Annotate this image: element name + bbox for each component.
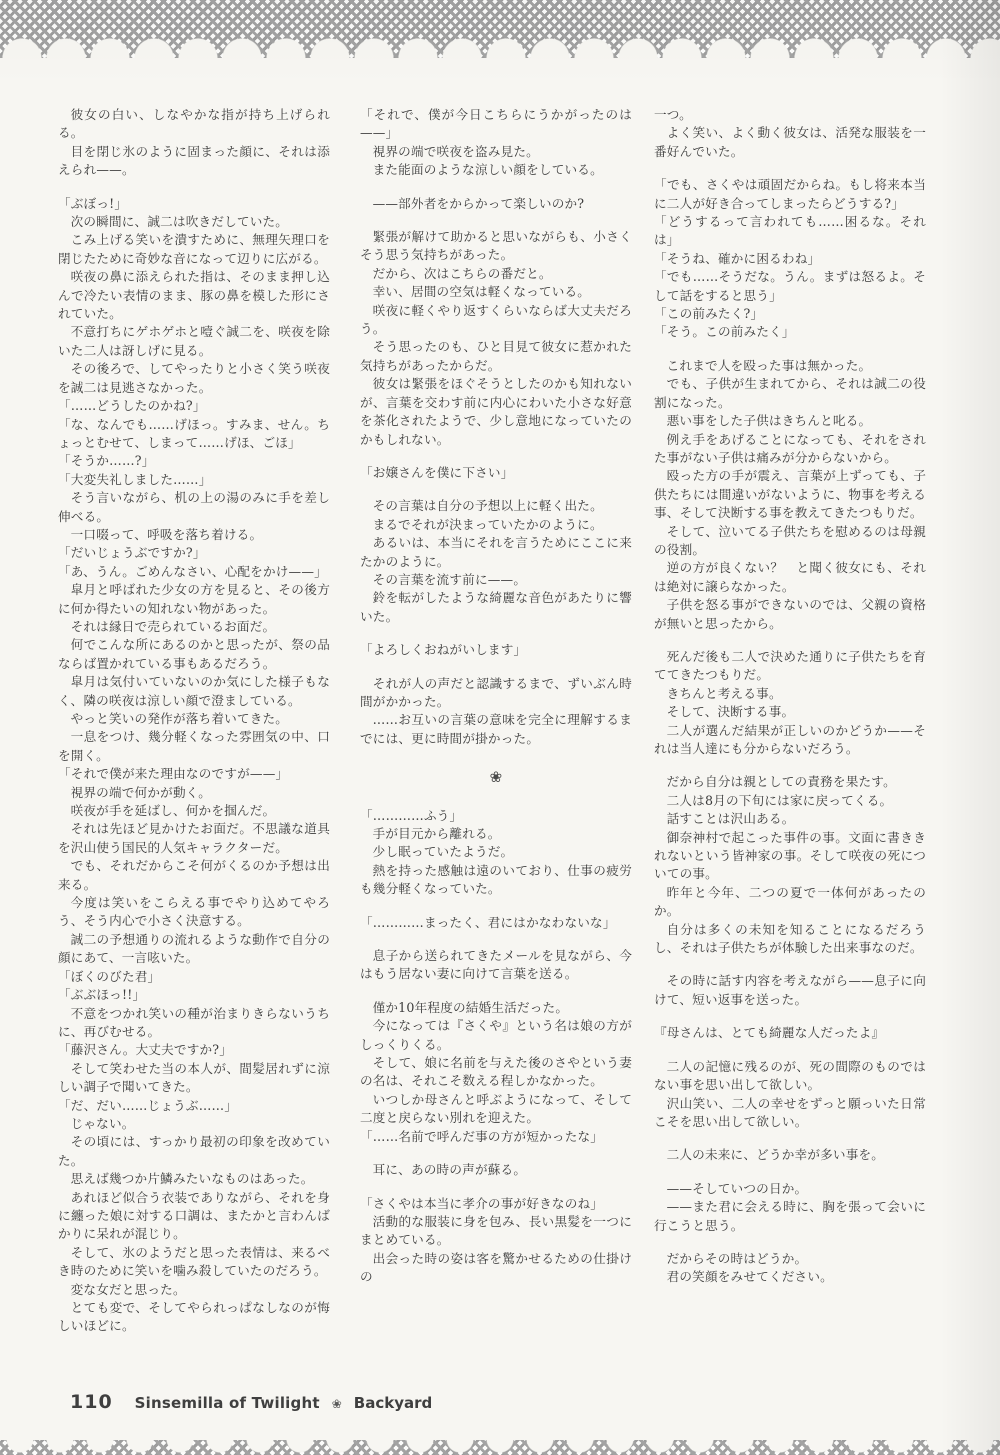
bottom-lace-border — [0, 1440, 1000, 1455]
paragraph: 活動的な服装に身を包み、長い黒髪を一つにまとめている。 — [360, 1213, 632, 1250]
paragraph: 「だいじょうぶですか?」 — [58, 544, 330, 562]
paragraph: だから自分は親としての責務を果たす。 — [654, 773, 926, 791]
paragraph: 「ぶぼっ!」 — [58, 195, 330, 213]
paragraph: 「さくやは本当に孝介の事が好きなのね」 — [360, 1195, 632, 1213]
paragraph: 視界の端で何かが動く。 — [58, 784, 330, 802]
paragraph: 「ぶぶほっ!!」 — [58, 986, 330, 1004]
paragraph: でも、それだからこそ何がくるのか予想は出来る。 — [58, 857, 330, 894]
paragraph: 二人は8月の下旬には家に戻ってくる。 — [654, 792, 926, 810]
footer-book-title: Sinsemilla of Twilight — [135, 1394, 320, 1412]
paragraph: 思えば幾つか片鱗みたいなものはあった。 — [58, 1170, 330, 1188]
paragraph: 「でも、さくやは頑固だからね。もし将来本当に二人が好き合ってしまったらどうする?… — [654, 176, 926, 213]
paragraph: その頃には、すっかり最初の印象を改めていた。 — [58, 1133, 330, 1170]
paragraph: 「…………ふう」 — [360, 807, 632, 825]
paragraph: 逆の方が良くない？ と聞く彼女にも、それは絶対に譲らなかった。 — [654, 559, 926, 596]
paragraph: 咲夜が手を延ばし、何かを掴んだ。 — [58, 802, 330, 820]
paragraph: 幸い、居間の空気は軽くなっている。 — [360, 283, 632, 301]
paragraph: あれほど似合う衣装でありながら、それを身に纏った娘に対する口調は、またかと言わん… — [58, 1189, 330, 1244]
paragraph: でも、子供が生まれてから、それは誠二の役割になった。 — [654, 375, 926, 412]
paragraph: 二人の未来に、どうか幸が多い事を。 — [654, 1146, 926, 1164]
paragraph: 一口啜って、呼吸を落ち着ける。 — [58, 526, 330, 544]
paragraph: 「よろしくおねがいします」 — [360, 641, 632, 659]
paragraph: そして、娘に名前を与えた後のさやという妻の名は、それこそ数える程しかなかった。 — [360, 1054, 632, 1091]
paragraph: 少し眠っていたようだ。 — [360, 843, 632, 861]
paragraph: 話すことは沢山ある。 — [654, 810, 926, 828]
paragraph: 緊張が解けて助かると思いながらも、小さくそう思う気持ちがあった。 — [360, 228, 632, 265]
paragraph: その言葉を流す前に——。 — [360, 571, 632, 589]
paragraph: 咲夜の鼻に添えられた指は、そのまま押し込んで冷たい表情のまま、豚の鼻を模した形に… — [58, 268, 330, 323]
paragraph: 御奈神村で起こった事件の事。文面に書ききれないという皆神家の事。そして咲夜の死に… — [654, 829, 926, 884]
paragraph: 二人の記憶に残るのが、死の間際のものではない事を思い出して欲しい。 — [654, 1058, 926, 1095]
paragraph: 自分は多くの未知を知ることになるだろうし、それは子供たちが体験した出来事なのだ。 — [654, 921, 926, 958]
paragraph: 例え手をあげることになっても、それをされた事がない子供は痛みが分からないから。 — [654, 431, 926, 468]
paragraph: 次の瞬間に、誠二は吹きだしていた。 — [58, 213, 330, 231]
paragraph: 「でも……そうだな。うん。まずは怒るよ。そして話をすると思う」 — [654, 268, 926, 305]
paragraph: ——部外者をからかって楽しいのか? — [360, 195, 632, 213]
page-number: 110 — [70, 1391, 113, 1413]
paragraph: ……お互いの言葉の意味を完全に理解するまでには、更に時間が掛かった。 — [360, 711, 632, 748]
footer-flower-ornament-icon: ❀ — [332, 1397, 342, 1411]
text-column-right: 一つ。よく笑い、よく動く彼女は、活発な服装を一番好んでいた。「でも、さくやは頑固… — [654, 106, 926, 1378]
paragraph: 出会った時の姿は客を驚かせるための仕掛けの — [360, 1250, 632, 1287]
footer-section-title: Backyard — [354, 1394, 432, 1412]
paragraph: 今度は笑いをこらえる事でやり込めてやろう、そう内心で小さく決意する。 — [58, 894, 330, 931]
paragraph: 「あ、うん。ごめんなさい、心配をかけ——」 — [58, 563, 330, 581]
paragraph: 「……どうしたのかね?」 — [58, 397, 330, 415]
paragraph: 「ぼくのびた君」 — [58, 968, 330, 986]
paragraph: あるいは、本当にそれを言うためにここに来たかのように。 — [360, 534, 632, 571]
paragraph: 今になっては『さくや』という名は娘の方がしっくりくる。 — [360, 1017, 632, 1054]
paragraph: これまで人を殴った事は無かった。 — [654, 357, 926, 375]
paragraph: 鈴を転がしたような綺麗な音色があたりに響いた。 — [360, 589, 632, 626]
paragraph: 子供を怒る事ができないのでは、父親の資格が無いと思ったから。 — [654, 596, 926, 633]
paragraph: そう思ったのも、ひと目見て彼女に惹かれた気持ちがあったからだ。 — [360, 338, 632, 375]
paragraph: 昨年と今年、二つの夏で一体何があったのか。 — [654, 884, 926, 921]
paragraph: 悪い事をした子供はきちんと叱る。 — [654, 412, 926, 430]
paragraph: 「そうか……?」 — [58, 452, 330, 470]
paragraph: こみ上げる笑いを潰すために、無理矢理口を閉じたために奇妙な音になって辺りに広がる… — [58, 231, 330, 268]
paragraph: 彼女の白い、しなやかな指が持ち上げられる。 — [58, 106, 330, 143]
paragraph: 二人が選んだ結果が正しいのかどうか——それは当人達にも分からないだろう。 — [654, 722, 926, 759]
paragraph: 息子から送られてきたメールを見ながら、今はもう居ない妻に向けて言葉を送る。 — [360, 947, 632, 984]
top-lace-border — [0, 0, 1000, 58]
paragraph: 何でこんな所にあるのかと思ったが、祭の品ならば置かれている事もあるだろう。 — [58, 636, 330, 673]
page-body: 彼女の白い、しなやかな指が持ち上げられる。目を閉じ氷のように固まった顔に、それは… — [58, 106, 926, 1378]
paragraph: だから、次はこちらの番だと。 — [360, 265, 632, 283]
paragraph: まるでそれが決まっていたかのように。 — [360, 516, 632, 534]
page-footer: 110 Sinsemilla of Twilight ❀ Backyard — [70, 1391, 432, 1413]
paragraph: それは縁日で売られているお面だ。 — [58, 618, 330, 636]
paragraph: きちんと考える事。 — [654, 685, 926, 703]
paragraph: 「それで僕が来た理由なのですが——」 — [58, 765, 330, 783]
paragraph: 彼女は緊張をほぐそうとしたのかも知れないが、言葉を交わす前に内心にわいた小さな好… — [360, 375, 632, 449]
book-page: { "page": { "number": "110", "footer_tit… — [0, 0, 1000, 1455]
paragraph: 誠二の予想通りの流れるような動作で自分の顔にあて、一言呟いた。 — [58, 931, 330, 968]
paragraph: そして笑わせた当の本人が、間髪居れずに涼しい調子で聞いてきた。 — [58, 1060, 330, 1097]
paragraph: 熱を持った感触は遠のいており、仕事の疲労も幾分軽くなっていた。 — [360, 862, 632, 899]
paragraph: 皐月は気付いていないのか気にした様子もなく、隣の咲夜は涼しい顔で澄ましている。 — [58, 673, 330, 710]
paragraph: それは先ほど見かけたお面だ。不思議な道具を沢山使う国民的人気キャラクターだ。 — [58, 820, 330, 857]
paragraph: その言葉は自分の予想以上に軽く出た。 — [360, 497, 632, 515]
paragraph: 耳に、あの時の声が蘇る。 — [360, 1161, 632, 1179]
paragraph: 一つ。 — [654, 106, 926, 124]
paragraph: やっと笑いの発作が落ち着いてきた。 — [58, 710, 330, 728]
paragraph: 『母さんは、とても綺麗な人だったよ』 — [654, 1024, 926, 1042]
paragraph: 「…………まったく、君にはかなわないな」 — [360, 914, 632, 932]
paragraph: 視界の端で咲夜を盗み見た。 — [360, 143, 632, 161]
paragraph: じゃない。 — [58, 1115, 330, 1133]
paragraph: 目を閉じ氷のように固まった顔に、それは添えられ——。 — [58, 143, 330, 180]
paragraph: 殴った方の手が震え、言葉が上ずっても、子供たちには間違いがないように、物事を考え… — [654, 467, 926, 522]
paragraph: 「お嬢さんを僕に下さい」 — [360, 464, 632, 482]
paragraph: 不意打ちにゲホゲホと噎ぐ誠二を、咲夜を除いた二人は訝しげに見る。 — [58, 323, 330, 360]
section-divider-ornament-icon: ❀ — [360, 768, 632, 786]
paragraph: 「そう。この前みたく」 — [654, 323, 926, 341]
paragraph: そして、決断する事。 — [654, 703, 926, 721]
paragraph: 変な女だと思った。 — [58, 1281, 330, 1299]
paragraph: 「そうね、確かに困るわね」 — [654, 250, 926, 268]
paragraph: だからその時はどうか。 — [654, 1250, 926, 1268]
paragraph: 咲夜に軽くやり返すくらいならば大丈夫だろう。 — [360, 302, 632, 339]
paragraph: よく笑い、よく動く彼女は、活発な服装を一番好んでいた。 — [654, 124, 926, 161]
paragraph: 「どうするって言われても……困るな。それは」 — [654, 213, 926, 250]
paragraph: とても変で、そしてやられっぱなしなのが悔しいほどに。 — [58, 1299, 330, 1336]
paragraph: そして、泣いてる子供たちを慰めるのは母親の役割。 — [654, 523, 926, 560]
paragraph: 沢山笑い、二人の幸せをずっと願っいた日常こそを思い出して欲しい。 — [654, 1095, 926, 1132]
paragraph: いつしか母さんと呼ぶようになって、そして二度と戻らない別れを迎えた。 — [360, 1091, 632, 1128]
paragraph: 「藤沢さん。大丈夫ですか?」 — [58, 1041, 330, 1059]
paragraph: 僅か10年程度の結婚生活だった。 — [360, 999, 632, 1017]
paragraph: 「大変失礼しました……」 — [58, 471, 330, 489]
paragraph: 死んだ後も二人で決めた通りに子供たちを育ててきたつもりだ。 — [654, 648, 926, 685]
paragraph: 一息をつけ、幾分軽くなった雰囲気の中、口を開く。 — [58, 728, 330, 765]
paragraph: 「それで、僕が今日こちらにうかがったのは——」 — [360, 106, 632, 143]
paragraph: その時に話す内容を考えながら——息子に向けて、短い返事を送った。 — [654, 972, 926, 1009]
text-column-left: 彼女の白い、しなやかな指が持ち上げられる。目を閉じ氷のように固まった顔に、それは… — [58, 106, 330, 1378]
paragraph: それが人の声だと認識するまで、ずいぶん時間がかかった。 — [360, 675, 632, 712]
paragraph: そして、氷のようだと思った表情は、来るべき時のために笑いを噛み殺していたのだろう… — [58, 1244, 330, 1281]
paragraph: その後ろで、してやったりと小さく笑う咲夜を誠二は見逃さなかった。 — [58, 360, 330, 397]
paragraph: 「だ、だい……じょうぶ……」 — [58, 1097, 330, 1115]
paragraph: 皐月と呼ばれた少女の方を見ると、その後方に何か得たいの知れない物があった。 — [58, 581, 330, 618]
paragraph: 「……名前で呼んだ事の方が短かったな」 — [360, 1128, 632, 1146]
paragraph: 「この前みたく?」 — [654, 305, 926, 323]
paragraph: また能面のような涼しい顔をしている。 — [360, 161, 632, 179]
paragraph: 「な、なんでも……げほっ。すみま、せん。ちょっとむせて、しまって……げほ、ごほ」 — [58, 416, 330, 453]
paragraph: 不意をつかれ笑いの種が治まりきらないうちに、再びむせる。 — [58, 1005, 330, 1042]
paragraph: ——また君に会える時に、胸を張って会いに行こうと思う。 — [654, 1198, 926, 1235]
paragraph: ——そしていつの日か。 — [654, 1180, 926, 1198]
text-column-middle: 「それで、僕が今日こちらにうかがったのは——」視界の端で咲夜を盗み見た。また能面… — [360, 106, 632, 1378]
paragraph: 君の笑顔をみせてください。 — [654, 1268, 926, 1286]
paragraph: そう言いながら、机の上の湯のみに手を差し伸べる。 — [58, 489, 330, 526]
paragraph: 手が目元から離れる。 — [360, 825, 632, 843]
